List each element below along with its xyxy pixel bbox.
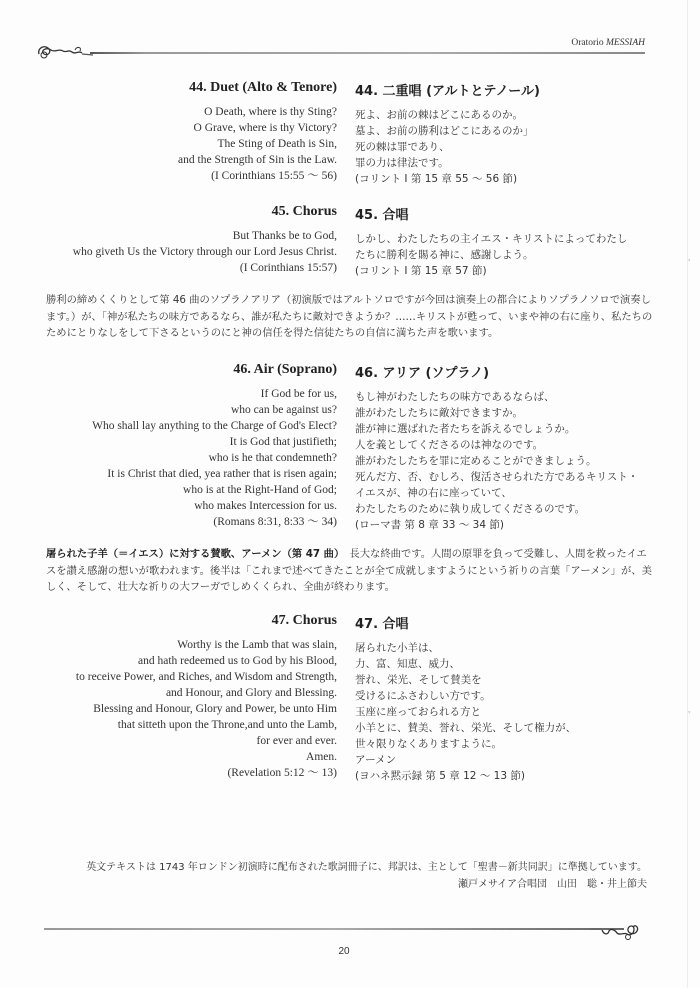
lyric-line: 力、富、知恵、威力、 xyxy=(355,656,576,672)
translation-note-text: 英文テキストは 1743 年ロンドン初演時に配布された歌詞冊子に、邦訳は、主とし… xyxy=(46,859,647,876)
lyric-line: イエスが、神の右に座っていて、 xyxy=(355,485,638,501)
scripture-reference: (コリント I 第 15 章 57 節) xyxy=(355,263,627,279)
japanese-title: 45. 合唱 xyxy=(355,204,627,223)
lyric-line: who is at the Right-Hand of God; xyxy=(92,482,337,498)
lyric-line: But Thanks be to God, xyxy=(73,228,337,244)
lyric-line: もし神がわたしたちの味方であるならば、 xyxy=(355,389,638,405)
lyric-line: しかし、わたしたちの主イエス・キリストによってわたし xyxy=(355,231,627,247)
commentary-text: 勝利の締めくくりとして第 46 曲のソプラノアリア（初演版ではアルトソロですが今… xyxy=(46,294,652,339)
scripture-reference: (ローマ書 第 8 章 33 ～ 34 節) xyxy=(355,517,638,533)
footer-rule xyxy=(44,928,624,930)
scripture-reference: (Romans 8:31, 8:33 ～ 34) xyxy=(92,514,337,530)
scripture-reference: (I Corinthians 15:55 ～ 56) xyxy=(178,168,337,184)
lyric-line: 死んだ方、否、むしろ、復活させられた方であるキリスト・ xyxy=(355,469,638,485)
japanese-column: 47. 合唱 屠られた小羊は、 力、富、知恵、威力、 誉れ、栄光、そして賛美を … xyxy=(355,613,576,784)
lyric-line: O Death, where is thy Sting? xyxy=(178,104,337,120)
lyric-line: 誰が神に選ばれた者たちを訴えるでしょうか。 xyxy=(355,421,638,437)
lyric-line: アーメン xyxy=(355,752,576,768)
header-rule xyxy=(90,52,645,54)
commentary-chorus-47: 屠られた子羊（＝イエス）に対する賛歌、アーメン（第 47 曲） 長大な終曲です。… xyxy=(46,546,656,596)
lyric-line: 屠られた小羊は、 xyxy=(355,640,576,656)
lyric-line: 死よ、お前の棘はどこにあるのか。 xyxy=(355,107,540,123)
english-column: 45. Chorus But Thanks be to God, who giv… xyxy=(73,204,337,276)
flourish-ornament-icon xyxy=(590,922,642,942)
english-column: 46. Air (Soprano) If God be for us, who … xyxy=(92,362,337,530)
lyric-line: If God be for us, xyxy=(92,386,337,402)
lyric-line: to receive Power, and Riches, and Wisdom… xyxy=(76,669,337,685)
lyric-line: Who shall lay anything to the Charge of … xyxy=(92,418,337,434)
japanese-column: 45. 合唱 しかし、わたしたちの主イエス・キリストによってわたし たちに勝利を… xyxy=(355,204,627,279)
lyric-line: and hath redeemed us to God by his Blood… xyxy=(76,653,337,669)
lyric-line: 誉れ、栄光、そして賛美を xyxy=(355,672,576,688)
japanese-title: 47. 合唱 xyxy=(355,613,576,632)
japanese-lyrics: 死よ、お前の棘はどこにあるのか。 墓よ、お前の勝利はどこにあるのか」 死の棘は罪… xyxy=(355,107,540,187)
scan-mark: ' xyxy=(688,710,690,721)
running-title: Oratorio MESSIAH xyxy=(571,38,645,48)
lyric-line: 玉座に座っておられる方と xyxy=(355,704,576,720)
lyric-line: and Honour, and Glory and Blessing. xyxy=(76,685,337,701)
english-column: 44. Duet (Alto & Tenore) O Death, where … xyxy=(178,80,337,184)
japanese-title: 46. アリア (ソプラノ) xyxy=(355,362,638,381)
scan-mark: ' xyxy=(688,258,690,269)
english-lyrics: If God be for us, who can be against us?… xyxy=(92,386,337,530)
lyric-line: 誰がわたしたちを罪に定めることができましょう。 xyxy=(355,453,638,469)
lyric-line: Worthy is the Lamb that was slain, xyxy=(76,637,337,653)
japanese-column: 46. アリア (ソプラノ) もし神がわたしたちの味方であるならば、 誰がわたし… xyxy=(355,362,638,533)
running-title-prefix: Oratorio xyxy=(571,38,603,48)
lyric-line: for ever and ever. xyxy=(76,733,337,749)
english-column: 47. Chorus Worthy is the Lamb that was s… xyxy=(76,613,337,781)
page-header: Oratorio MESSIAH xyxy=(35,38,645,58)
lyric-line: who giveth Us the Victory through our Lo… xyxy=(73,244,337,260)
commentary-lead: 屠られた子羊（＝イエス）に対する賛歌、アーメン（第 47 曲） xyxy=(46,548,339,560)
japanese-lyrics: しかし、わたしたちの主イエス・キリストによってわたし たちに勝利を賜る神に、感謝… xyxy=(355,231,627,279)
lyric-line: The Sting of Death is Sin, xyxy=(178,136,337,152)
lyric-line: わたしたちのために執り成してくださるのです。 xyxy=(355,501,638,517)
lyric-line: 罪の力は律法です。 xyxy=(355,155,540,171)
lyric-line: O Grave, where is thy Victory? xyxy=(178,120,337,136)
english-title: 47. Chorus xyxy=(76,613,337,629)
lyric-line: 小羊とに、賛美、誉れ、栄光、そして権力が、 xyxy=(355,720,576,736)
running-title-work: MESSIAH xyxy=(606,38,645,48)
english-lyrics: But Thanks be to God, who giveth Us the … xyxy=(73,228,337,276)
scripture-reference: (ヨハネ黙示録 第 5 章 12 ～ 13 節) xyxy=(355,768,576,784)
english-title: 44. Duet (Alto & Tenore) xyxy=(178,80,337,96)
flourish-ornament-icon xyxy=(35,40,93,60)
lyric-line: who is he that condemneth? xyxy=(92,450,337,466)
commentary-aria-46: 勝利の締めくくりとして第 46 曲のソプラノアリア（初演版ではアルトソロですが今… xyxy=(46,292,656,342)
japanese-title: 44. 二重唱 (アルトとテノール) xyxy=(355,80,540,99)
lyric-line: 誰がわたしたちに敵対できますか。 xyxy=(355,405,638,421)
lyric-line: It is Christ that died, yea rather that … xyxy=(92,466,337,482)
english-lyrics: Worthy is the Lamb that was slain, and h… xyxy=(76,637,337,781)
lyric-line: who can be against us? xyxy=(92,402,337,418)
lyric-line: Blessing and Honour, Glory and Power, be… xyxy=(76,701,337,717)
lyric-line: and the Strength of Sin is the Law. xyxy=(178,152,337,168)
japanese-lyrics: 屠られた小羊は、 力、富、知恵、威力、 誉れ、栄光、そして賛美を 受けるにふさわ… xyxy=(355,640,576,784)
lyric-line: who makes Intercession for us. xyxy=(92,498,337,514)
page-edge xyxy=(687,0,688,988)
japanese-column: 44. 二重唱 (アルトとテノール) 死よ、お前の棘はどこにあるのか。 墓よ、お… xyxy=(355,80,540,187)
english-title: 45. Chorus xyxy=(73,204,337,220)
japanese-lyrics: もし神がわたしたちの味方であるならば、 誰がわたしたちに敵対できますか。 誰が神… xyxy=(355,389,638,533)
lyric-line: たちに勝利を賜る神に、感謝しよう。 xyxy=(355,247,627,263)
lyric-line: 墓よ、お前の勝利はどこにあるのか」 xyxy=(355,123,540,139)
lyric-line: 世々限りなくありますように。 xyxy=(355,736,576,752)
translation-note: 英文テキストは 1743 年ロンドン初演時に配布された歌詞冊子に、邦訳は、主とし… xyxy=(46,859,647,893)
lyric-line: Amen. xyxy=(76,749,337,765)
lyric-line: 受けるにふさわしい方です。 xyxy=(355,688,576,704)
page-number: 20 xyxy=(0,946,688,957)
english-title: 46. Air (Soprano) xyxy=(92,362,337,378)
scripture-reference: (Revelation 5:12 ～ 13) xyxy=(76,765,337,781)
translator-credit: 瀬戸メサイア合唱団 山田 聡・井上節夫 xyxy=(46,876,647,893)
scripture-reference: (I Corinthians 15:57) xyxy=(73,260,337,276)
lyric-line: 人を義としてくださるのは神なのです。 xyxy=(355,437,638,453)
lyric-line: 死の棘は罪であり、 xyxy=(355,139,540,155)
scripture-reference: (コリント I 第 15 章 55 ～ 56 節) xyxy=(355,171,540,187)
lyric-line: that sitteth upon the Throne,and unto th… xyxy=(76,717,337,733)
english-lyrics: O Death, where is thy Sting? O Grave, wh… xyxy=(178,104,337,184)
lyric-line: It is God that justifieth; xyxy=(92,434,337,450)
